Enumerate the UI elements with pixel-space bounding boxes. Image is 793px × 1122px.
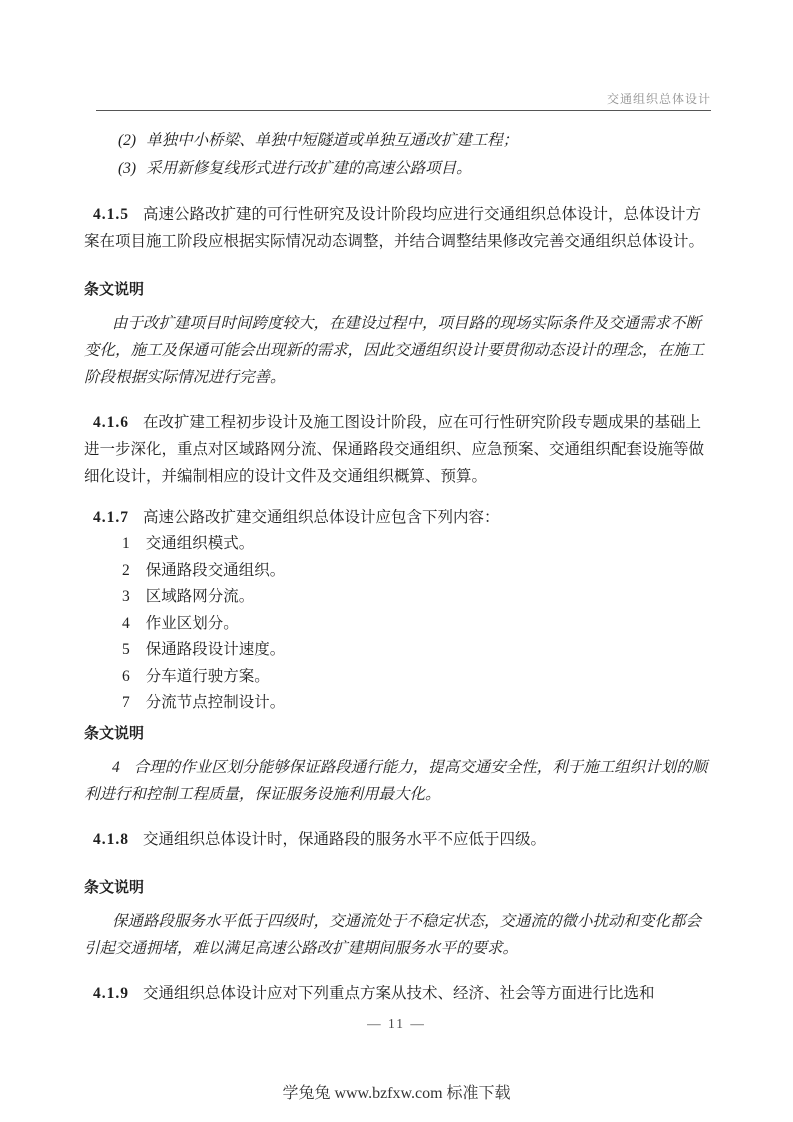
item-text: 分车道行驶方案。 [146, 668, 270, 685]
item-number: 5 [122, 641, 130, 658]
document-page: 交通组织总体设计 (2)单独中小桥梁、单独中短隧道或单独互通改扩建工程； (3)… [0, 0, 793, 1122]
item-number: 4 [122, 615, 130, 632]
explanation-heading: 条文说明 [84, 721, 711, 748]
item-text: 分流节点控制设计。 [146, 694, 286, 711]
numbered-item: 1交通组织模式。 [84, 531, 711, 558]
clause-4-1-7: 4.1.7高速公路改扩建交通组织总体设计应包含下列内容： [84, 504, 711, 531]
item-number: 2 [122, 562, 130, 579]
explanation-body: 保通路段服务水平低于四级时，交通流处于不稳定状态，交通流的微小扰动和变化都会引起… [84, 908, 711, 962]
item-text: 交通组织模式。 [146, 535, 255, 552]
list-item-number: (2) [118, 132, 136, 149]
item-number: 1 [122, 535, 130, 552]
clause-4-1-7-items: 1交通组织模式。 2保通路段交通组织。 3区域路网分流。 4作业区划分。 5保通… [84, 531, 711, 717]
list-item-text: 单独中小桥梁、单独中短隧道或单独互通改扩建工程； [146, 132, 518, 149]
previous-clause-continuation-list: (2)单独中小桥梁、单独中短隧道或单独互通改扩建工程； (3)采用新修复线形式进… [84, 127, 711, 183]
clause-text: 在改扩建工程初步设计及施工图设计阶段，应在可行性研究阶段专题成果的基础上进一步深… [84, 414, 704, 485]
clause-number: 4.1.9 [93, 985, 129, 1002]
clause-4-1-9: 4.1.9交通组织总体设计应对下列重点方案从技术、经济、社会等方面进行比选和 [84, 980, 711, 1007]
running-header-title: 交通组织总体设计 [84, 92, 711, 106]
clause-4-1-6: 4.1.6在改扩建工程初步设计及施工图设计阶段，应在可行性研究阶段专题成果的基础… [84, 409, 711, 490]
clause-number: 4.1.6 [93, 414, 129, 431]
numbered-item: 6分车道行驶方案。 [84, 664, 711, 691]
item-text: 作业区划分。 [146, 615, 239, 632]
clause-text: 交通组织总体设计应对下列重点方案从技术、经济、社会等方面进行比选和 [143, 985, 655, 1002]
item-number: 7 [122, 694, 130, 711]
list-item: (3)采用新修复线形式进行改扩建的高速公路项目。 [84, 155, 711, 183]
clause-4-1-8: 4.1.8交通组织总体设计时，保通路段的服务水平不应低于四级。 [84, 826, 711, 853]
list-item-number: (3) [118, 160, 136, 177]
list-item-text: 采用新修复线形式进行改扩建的高速公路项目。 [146, 160, 472, 177]
explanation-body: 由于改扩建项目时间跨度较大，在建设过程中，项目路的现场实际条件及交通需求不断变化… [84, 310, 711, 391]
clause-number: 4.1.7 [93, 509, 129, 526]
numbered-item: 7分流节点控制设计。 [84, 690, 711, 717]
item-text: 保通路段设计速度。 [146, 641, 286, 658]
list-item: (2)单独中小桥梁、单独中短隧道或单独互通改扩建工程； [84, 127, 711, 155]
explanation-item-number: 4 [112, 759, 120, 776]
explanation-text: 合理的作业区划分能够保证路段通行能力，提高交通安全性，利于施工组织计划的顺利进行… [84, 759, 707, 803]
clause-number: 4.1.5 [93, 206, 129, 223]
numbered-item: 2保通路段交通组织。 [84, 558, 711, 585]
clause-text: 高速公路改扩建交通组织总体设计应包含下列内容： [143, 509, 500, 526]
page-number: — 11 — [0, 1016, 793, 1032]
watermark-text: 学兔兔 www.bzfxw.com 标准下载 [0, 1080, 793, 1103]
header-rule [96, 110, 711, 111]
numbered-item: 3区域路网分流。 [84, 584, 711, 611]
explanation-heading: 条文说明 [84, 277, 711, 304]
item-number: 6 [122, 668, 130, 685]
clause-4-1-5: 4.1.5高速公路改扩建的可行性研究及设计阶段均应进行交通组织总体设计，总体设计… [84, 201, 711, 255]
numbered-item: 5保通路段设计速度。 [84, 637, 711, 664]
clause-text: 高速公路改扩建的可行性研究及设计阶段均应进行交通组织总体设计，总体设计方案在项目… [84, 206, 704, 250]
clause-text: 交通组织总体设计时，保通路段的服务水平不应低于四级。 [143, 831, 546, 848]
item-text: 区域路网分流。 [146, 588, 255, 605]
explanation-body: 4合理的作业区划分能够保证路段通行能力，提高交通安全性，利于施工组织计划的顺利进… [84, 754, 711, 808]
item-text: 保通路段交通组织。 [146, 562, 286, 579]
item-number: 3 [122, 588, 130, 605]
clause-number: 4.1.8 [93, 831, 129, 848]
explanation-heading: 条文说明 [84, 875, 711, 902]
numbered-item: 4作业区划分。 [84, 611, 711, 638]
page-content: 交通组织总体设计 (2)单独中小桥梁、单独中短隧道或单独互通改扩建工程； (3)… [84, 92, 711, 1007]
